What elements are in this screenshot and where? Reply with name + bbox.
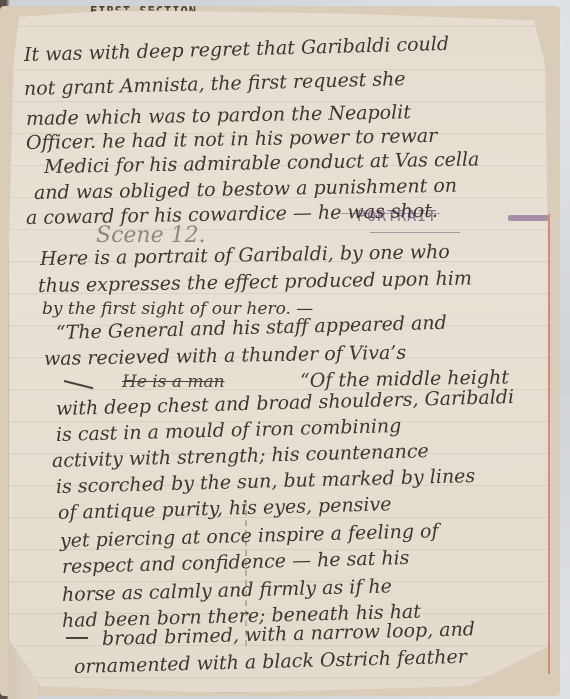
margin-mark <box>66 637 88 639</box>
text-line: Medici for his admirable conduct at Vas … <box>44 148 480 178</box>
margin-mark <box>64 380 93 389</box>
manuscript-text: It was with deep regret that Garibaldi c… <box>0 0 570 699</box>
text-line: thus expresses the effect produced upon … <box>38 267 472 297</box>
text-line: It was with deep regret that Garibaldi c… <box>24 33 450 66</box>
scene-heading: Scene 12. <box>96 223 206 248</box>
text-line: respect and confidence — he sat his <box>62 547 410 578</box>
text-line: a coward for his cowardice — he was shot… <box>26 200 438 229</box>
text-line: horse as calmly and firmly as if he <box>62 575 392 606</box>
text-line: ornamented with a black Ostrich feather <box>74 646 467 678</box>
text-line: of antique purity, his eyes, pensive <box>58 493 392 524</box>
struck-text: He is a man <box>122 372 225 392</box>
text-line: not grant Amnista, the first request she <box>24 68 406 100</box>
text-line: was recieved with a thunder of Viva’s <box>44 342 407 370</box>
